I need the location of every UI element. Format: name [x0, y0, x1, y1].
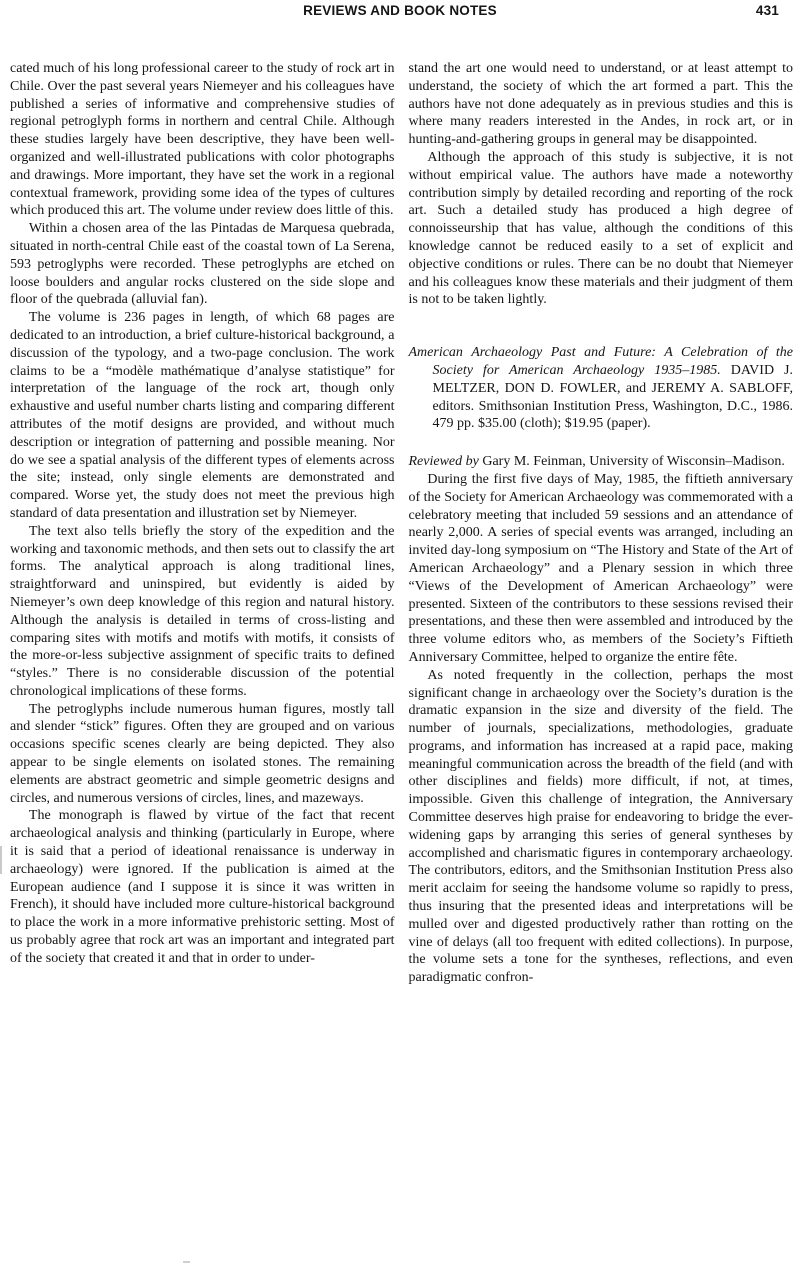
page-number: 431: [756, 3, 779, 18]
paragraph: stand the art one would need to understa…: [409, 60, 794, 149]
paragraph: cated much of his long professional care…: [10, 60, 395, 220]
paragraph: The text also tells briefly the story of…: [10, 523, 395, 701]
paragraph: The volume is 236 pages in length, of wh…: [10, 309, 395, 523]
two-column-text-block: cated much of his long professional care…: [10, 60, 793, 987]
right-column: stand the art one would need to understa…: [409, 60, 794, 987]
paragraph: As noted frequently in the collection, p…: [409, 667, 794, 987]
reviewed-by-label: Reviewed by: [409, 454, 479, 469]
book-citation: American Archaeology Past and Future: A …: [409, 344, 794, 433]
running-head-title: REVIEWS AND BOOK NOTES: [0, 3, 800, 18]
left-column: cated much of his long professional care…: [10, 60, 395, 987]
reviewer-name: Gary M. Feinman, University of Wisconsin…: [482, 454, 784, 469]
page-header: REVIEWS AND BOOK NOTES 431: [0, 3, 800, 21]
paragraph: The monograph is flawed by virtue of the…: [10, 807, 395, 967]
paragraph: The petroglyphs include numerous human f…: [10, 701, 395, 808]
paragraph: Within a chosen area of the las Pintadas…: [10, 220, 395, 309]
scan-artifact-mark: [0, 846, 2, 874]
reviewer-line: Reviewed by Gary M. Feinman, University …: [409, 453, 794, 471]
paragraph: Although the approach of this study is s…: [409, 149, 794, 309]
paragraph: During the first five days of May, 1985,…: [409, 471, 794, 667]
scan-artifact-mark: [183, 1261, 190, 1263]
